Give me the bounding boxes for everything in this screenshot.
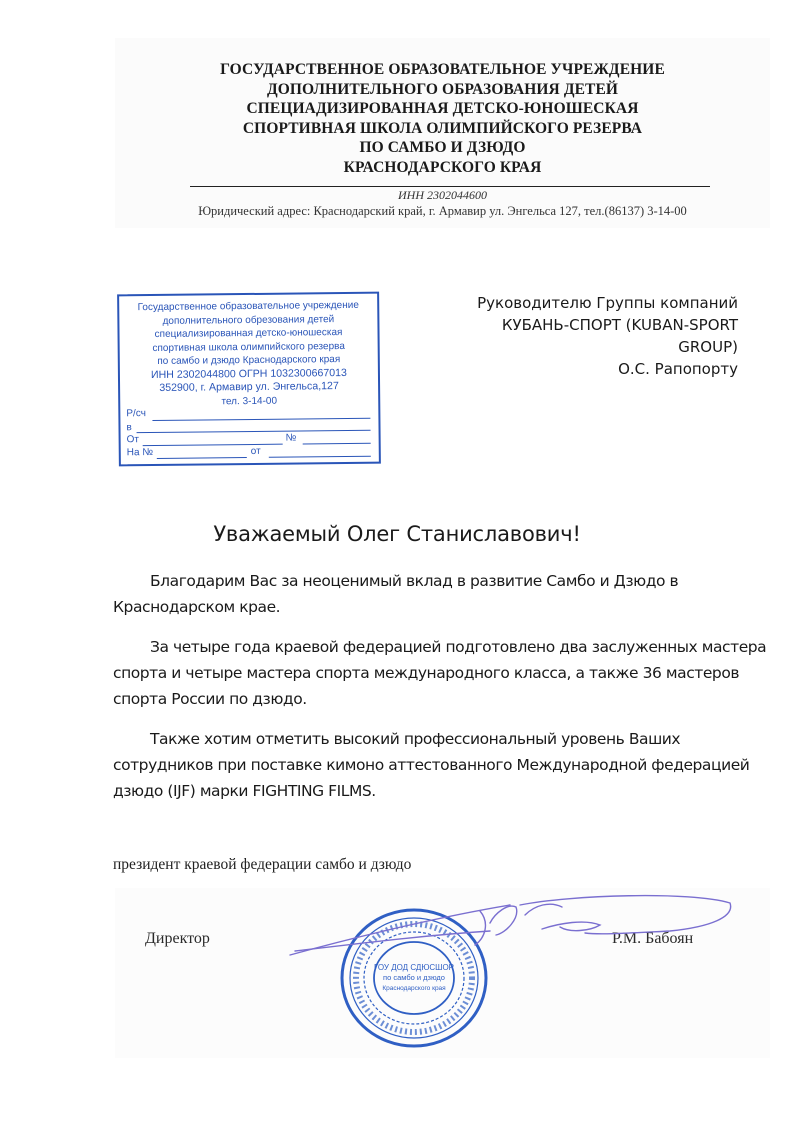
stamp-field-line [143, 444, 283, 446]
letterhead-title-line: ДОПОЛНИТЕЛЬНОГО ОБРАЗОВАНИЯ ДЕТЕЙ [115, 80, 770, 100]
letterhead-title: ГОСУДАРСТВЕННОЕ ОБРАЗОВАТЕЛЬНОЕ УЧРЕЖДЕН… [115, 60, 770, 177]
stamp-field-line [152, 418, 370, 421]
seal-line: по самбо и дзюдо [383, 973, 445, 982]
addressee-block: Руководителю Группы компаний КУБАНЬ-СПОР… [418, 292, 738, 380]
addressee-line: О.С. Рапопорту [418, 358, 738, 380]
stamp-field-account: Р/сч [126, 408, 146, 419]
registration-stamp: Государственное образовательное учрежден… [117, 292, 381, 467]
stamp-field-line [137, 430, 371, 433]
letterhead-title-line: СПЕЦИАДИЗИРОВАННАЯ ДЕТСКО-ЮНОШЕСКАЯ [115, 99, 770, 119]
paragraph-text: Также хотим отметить высокий профессиона… [113, 726, 773, 804]
paragraph-thanks: Благодарим Вас за неоценимый вклад в раз… [113, 568, 773, 620]
letterhead-address: Юридический адрес: Краснодарский край, г… [115, 204, 770, 219]
paragraph-text: За четыре года краевой федерацией подгот… [113, 634, 773, 712]
stamp-field-line [157, 457, 247, 459]
paragraph-achievements: За четыре года краевой федерацией подгот… [113, 634, 773, 712]
letterhead-title-line: ПО САМБО И ДЗЮДО [115, 138, 770, 158]
stamp-field-ref-from: от [251, 446, 261, 457]
stamp-field-ref-number: На № [127, 447, 153, 458]
president-line: президент краевой федерации самбо и дзюд… [113, 856, 411, 874]
stamp-field-number: № [286, 433, 297, 444]
letterhead-inn: ИНН 2302044600 [115, 188, 770, 203]
paragraph-staff: Также хотим отметить высокий профессиона… [113, 726, 773, 804]
addressee-line: КУБАНЬ-СПОРТ (KUBAN-SPORT [418, 314, 738, 336]
signature-icon [190, 893, 750, 973]
paragraph-text: Благодарим Вас за неоценимый вклад в раз… [113, 568, 773, 620]
seal-line: Краснодарского края [382, 985, 446, 992]
greeting: Уважаемый Олег Станиславович! [0, 522, 794, 546]
stamp-field-from: От [127, 434, 139, 445]
stamp-line: ИНН 2302044800 ОГРН 1032300667013 [120, 366, 378, 382]
stamp-line: Государственное образовательное учрежден… [119, 299, 377, 315]
letterhead-title-line: КРАСНОДАРСКОГО КРАЯ [115, 158, 770, 178]
letterhead: ГОСУДАРСТВЕННОЕ ОБРАЗОВАТЕЛЬНОЕ УЧРЕЖДЕН… [115, 38, 770, 228]
letterhead-divider [190, 186, 710, 187]
stamp-line: тел. 3-14-00 [120, 393, 378, 409]
stamp-field-line [303, 443, 371, 445]
letterhead-title-line: ГОСУДАРСТВЕННОЕ ОБРАЗОВАТЕЛЬНОЕ УЧРЕЖДЕН… [115, 60, 770, 80]
addressee-line: GROUP) [418, 336, 738, 358]
stamp-field-line [269, 456, 371, 458]
letterhead-title-line: СПОРТИВНАЯ ШКОЛА ОЛИМПИЙСКОГО РЕЗЕРВА [115, 119, 770, 139]
addressee-line: Руководителю Группы компаний [418, 292, 738, 314]
stamp-field-in: в [126, 422, 131, 433]
